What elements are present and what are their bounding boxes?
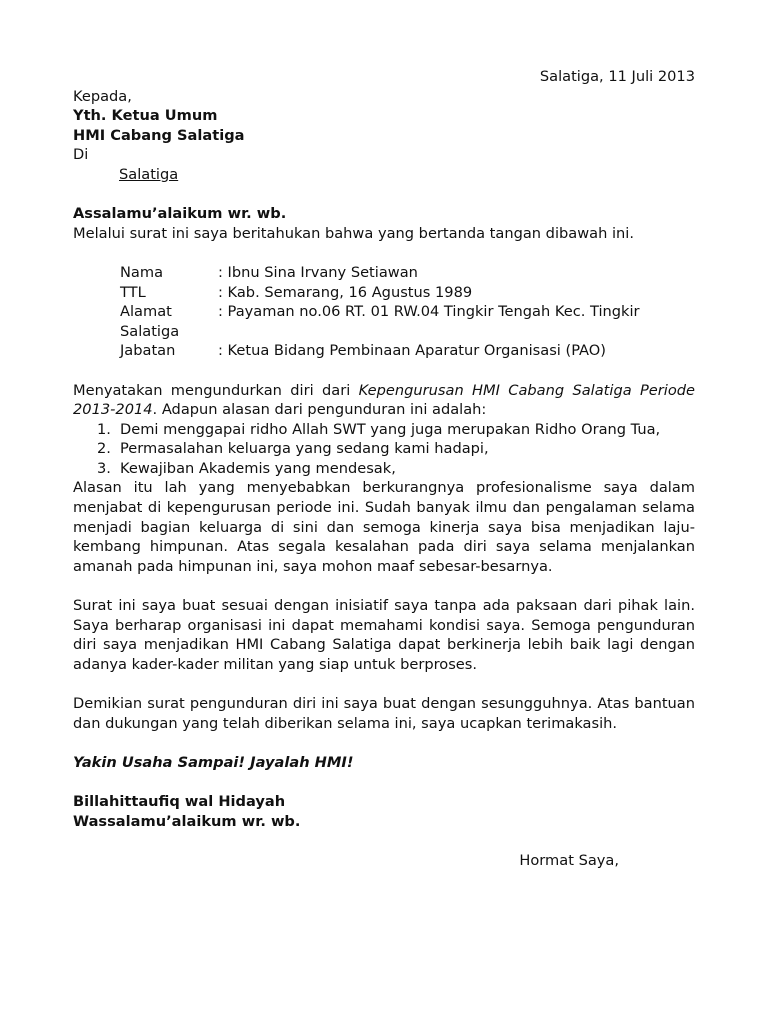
identity-row: Salatiga bbox=[120, 322, 695, 342]
intro-text: Melalui surat ini saya beritahukan bahwa… bbox=[73, 224, 695, 244]
motto: Yakin Usaha Sampai! Jayalah HMI! bbox=[73, 753, 695, 773]
identity-row: Jabatan : Ketua Bidang Pembinaan Aparatu… bbox=[120, 341, 695, 361]
reasons-list: 1.Demi menggapai ridho Allah SWT yang ju… bbox=[73, 420, 695, 479]
recipient-salutation: Kepada, bbox=[73, 87, 695, 107]
list-item: 2.Permasalahan keluarga yang sedang kami… bbox=[73, 439, 695, 459]
identity-row: TTL : Kab. Semarang, 16 Agustus 1989 bbox=[120, 283, 695, 303]
closing-line1: Billahittaufiq wal Hidayah bbox=[73, 792, 695, 812]
greeting: Assalamu’alaikum wr. wb. bbox=[73, 204, 695, 224]
recipient-city: Salatiga bbox=[73, 165, 695, 185]
paragraph-closing: Demikian surat pengunduran diri ini saya… bbox=[73, 694, 695, 733]
identity-row: Alamat : Payaman no.06 RT. 01 RW.04 Ting… bbox=[120, 302, 695, 322]
recipient-line2: HMI Cabang Salatiga bbox=[73, 126, 695, 146]
statement: Menyatakan mengundurkan diri dari Kepeng… bbox=[73, 381, 695, 420]
closing-line2: Wassalamu’alaikum wr. wb. bbox=[73, 812, 695, 832]
paragraph-initiative: Surat ini saya buat sesuai dengan inisia… bbox=[73, 596, 695, 674]
list-item: 3.Kewajiban Akademis yang mendesak, bbox=[73, 459, 695, 479]
paragraph-reasons: Alasan itu lah yang menyebabkan berkuran… bbox=[73, 478, 695, 576]
recipient-at: Di bbox=[73, 145, 695, 165]
identity-table: Nama : Ibnu Sina Irvany Setiawan TTL : K… bbox=[120, 263, 695, 361]
letter-page: Salatiga, 11 Juli 2013 Kepada, Yth. Ketu… bbox=[73, 67, 695, 870]
list-item: 1.Demi menggapai ridho Allah SWT yang ju… bbox=[73, 420, 695, 440]
identity-row: Nama : Ibnu Sina Irvany Setiawan bbox=[120, 263, 695, 283]
recipient-line1: Yth. Ketua Umum bbox=[73, 106, 695, 126]
place-date: Salatiga, 11 Juli 2013 bbox=[73, 67, 695, 87]
signoff: Hormat Saya, bbox=[73, 851, 695, 871]
